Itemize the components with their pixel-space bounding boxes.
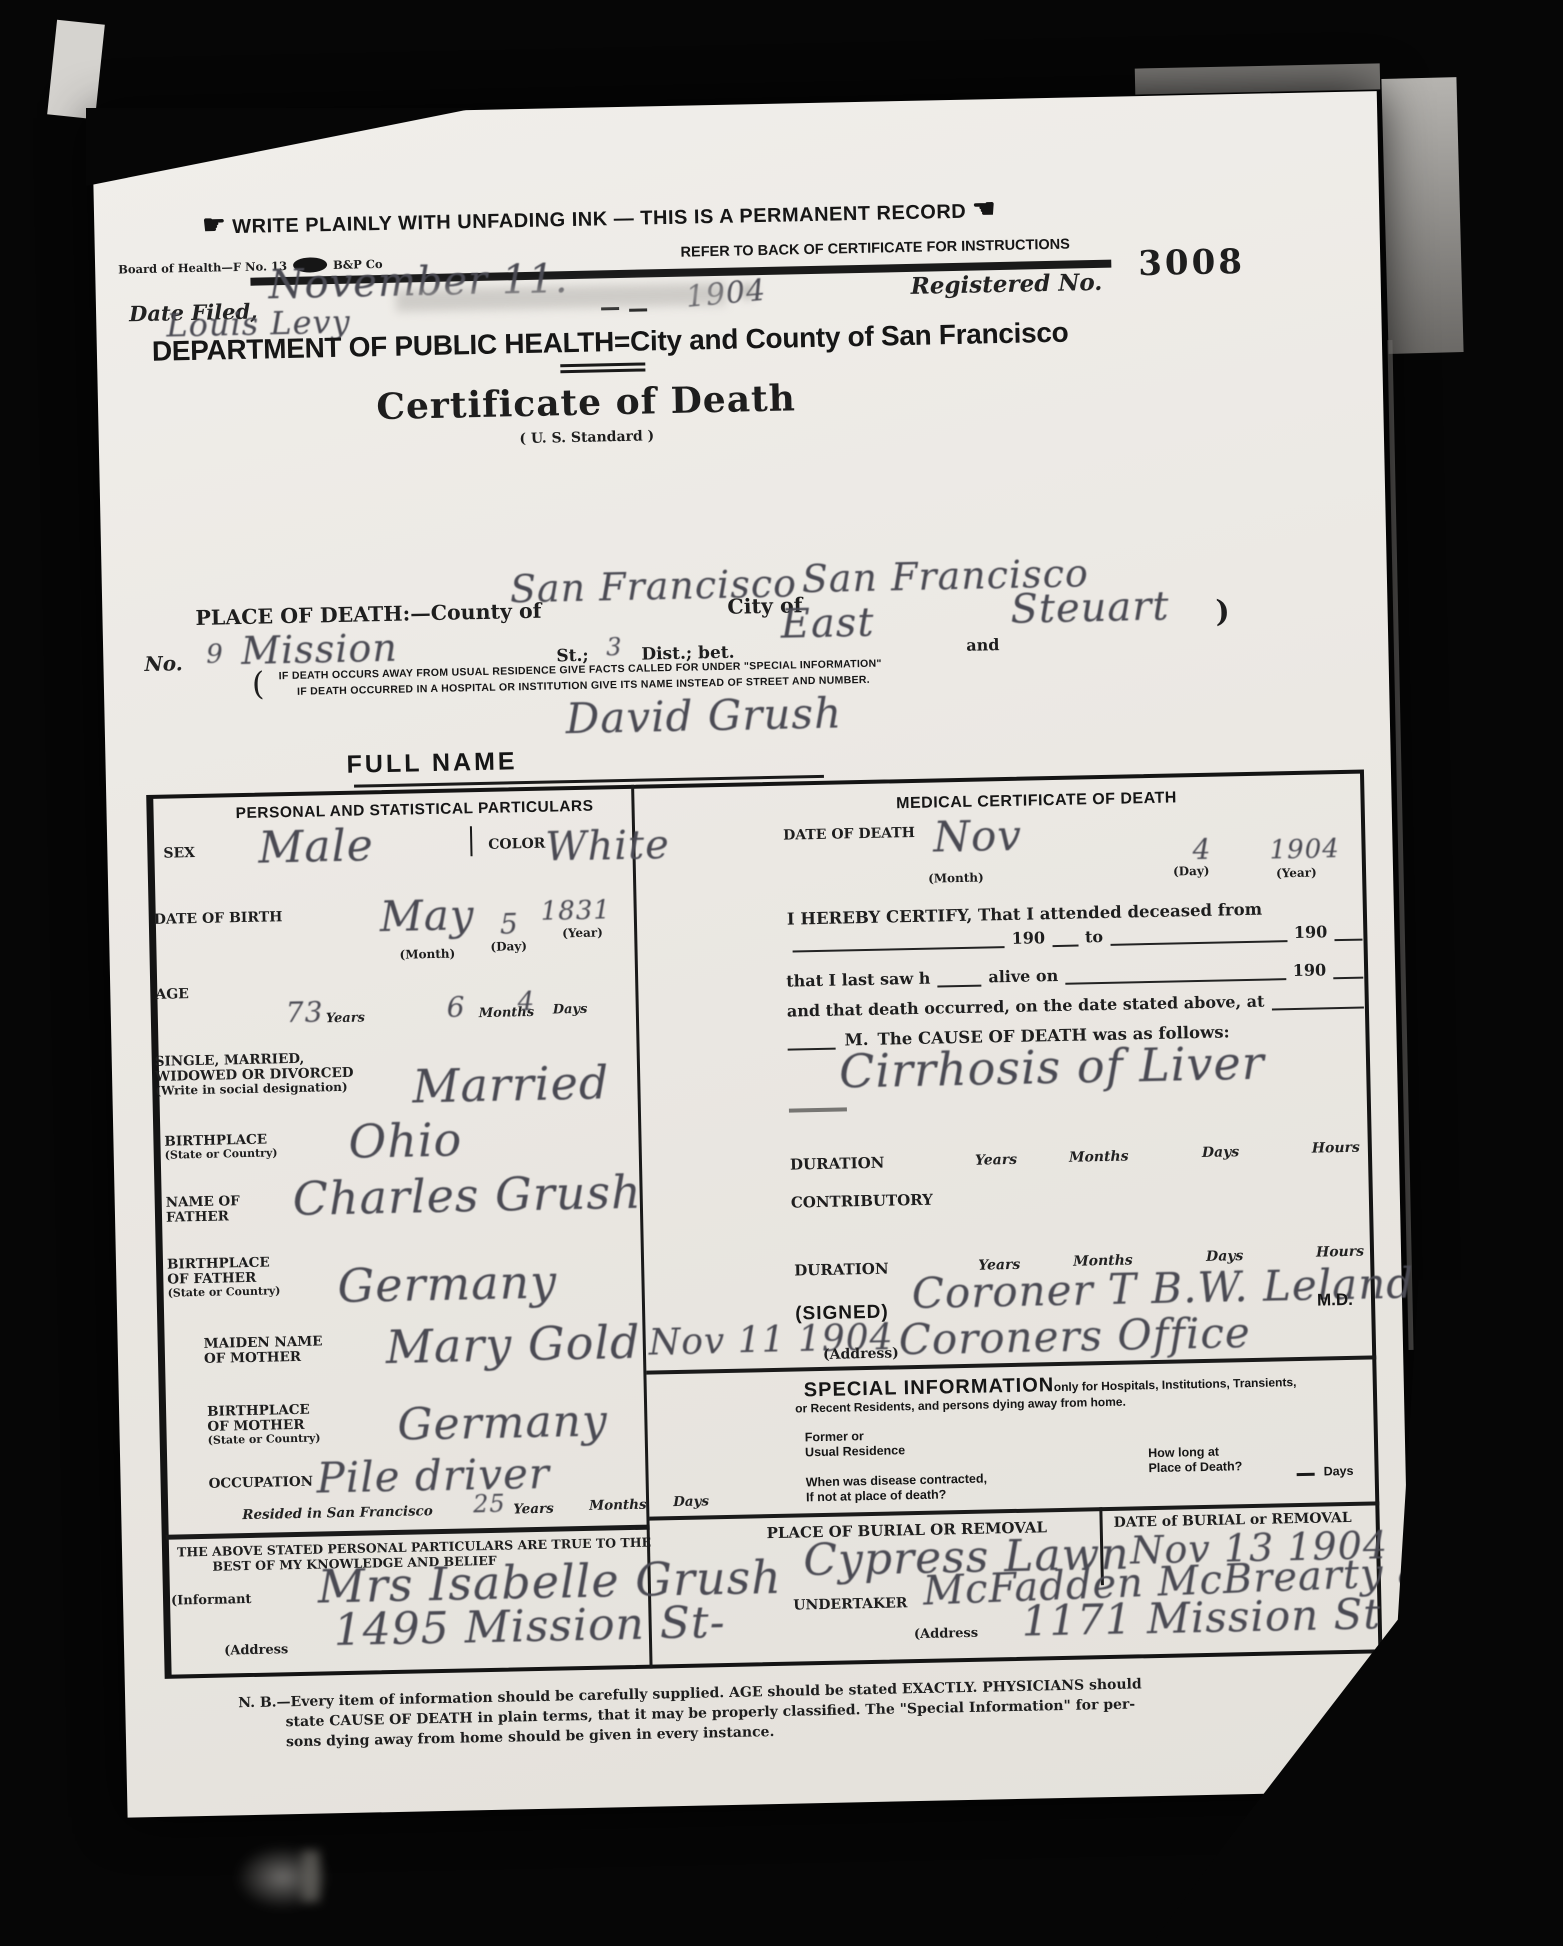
informant-address-label: (Address	[224, 1642, 288, 1658]
resided-years-value: 25	[473, 1490, 506, 1519]
dod-day-caption: (Day)	[1173, 864, 1210, 879]
sex-label: SEX	[163, 845, 195, 862]
dob-year-caption: (Year)	[562, 925, 603, 940]
blank-line	[937, 975, 981, 988]
certificate-title: Certificate of Death	[336, 376, 837, 428]
mother-name-label-2: OF MOTHER	[204, 1349, 301, 1367]
board-left-text: Board of Health—F No. 13	[118, 258, 287, 276]
dod-year-value: 1904	[1269, 834, 1340, 865]
refer-note: REFER TO BACK OF CERTIFICATE FOR INSTRUC…	[610, 237, 1070, 263]
md-label: M.D.	[1317, 1290, 1353, 1311]
signed-address-value: Coroners Office	[898, 1308, 1251, 1364]
father-name-value: Charles Grush	[292, 1165, 642, 1226]
dod-month-caption: (Month)	[928, 870, 984, 885]
closing-paren: )	[1215, 594, 1230, 629]
banner-text: WRITE PLAINLY WITH UNFADING INK — THIS I…	[232, 201, 966, 238]
mother-birthplace-caption: (State or Country)	[208, 1432, 321, 1447]
color-value: White	[545, 822, 670, 871]
dash	[601, 307, 619, 310]
resided-months-caption: Months	[589, 1497, 647, 1514]
sex-value: Male	[258, 820, 374, 873]
cause-of-death-value: Cirrhosis of Liver	[839, 1036, 1266, 1099]
place-of-death-label: PLACE OF DEATH:—County of	[195, 599, 541, 630]
age-label: AGE	[155, 986, 189, 1003]
occupation-label: OCCUPATION	[208, 1474, 313, 1492]
contributory-label: CONTRIBUTORY	[791, 1191, 933, 1212]
dob-month-caption: (Month)	[399, 947, 455, 962]
age-days-caption: Days	[553, 1002, 588, 1018]
disease-contracted-label-2: If not at place of death?	[806, 1487, 947, 1504]
informant-label: (Informant	[171, 1592, 252, 1609]
street-name-value: Mission	[241, 626, 398, 673]
dob-year-value: 1831	[540, 895, 611, 926]
undertaker-address-value: 1171 Mission St	[1021, 1589, 1382, 1646]
street-no-value: 9	[206, 639, 224, 669]
double-rule-top	[560, 362, 645, 367]
dod-label: DATE OF DEATH	[783, 825, 915, 844]
birthplace-caption: (State or Country)	[165, 1146, 278, 1161]
dod-year-caption: (Year)	[1276, 866, 1317, 881]
pointing-hand-icon: ☛	[202, 209, 226, 239]
age-months-value: 6	[446, 990, 466, 1023]
certificate-subtitle: ( U. S. Standard )	[337, 424, 837, 450]
printed-190: 190	[1294, 922, 1328, 942]
duration1-hours: Hours	[1312, 1140, 1360, 1157]
between-value: East	[780, 600, 875, 648]
father-birthplace-value: Germany	[337, 1255, 558, 1314]
former-residence-label-1: Former or	[805, 1429, 864, 1444]
blank-line	[787, 1038, 835, 1051]
father-birthplace-caption: (State or Country)	[167, 1284, 280, 1299]
printed-190: 190	[1293, 960, 1327, 980]
former-residence-label-2: Usual Residence	[805, 1443, 905, 1459]
how-long-label-2: Place of Death?	[1148, 1459, 1242, 1475]
street-no-label: No.	[144, 651, 183, 676]
how-long-days-word: Days	[1323, 1464, 1353, 1479]
to-word: to	[1085, 927, 1103, 946]
color-label: COLOR	[488, 836, 545, 853]
how-long-label-1: How long at	[1148, 1445, 1219, 1460]
occupation-value: Pile driver	[316, 1449, 550, 1503]
full-name-value: David Grush	[565, 688, 842, 743]
dob-day-value: 5	[500, 907, 520, 940]
page-stack-edge	[1381, 77, 1463, 354]
blank-line	[1271, 997, 1364, 1011]
duration2-hours: Hours	[1316, 1244, 1364, 1261]
age-years-value: 73	[285, 995, 323, 1029]
mother-birthplace-value: Germany	[397, 1395, 608, 1450]
dob-day-caption: (Day)	[490, 939, 527, 954]
age-days-value: 4	[517, 987, 535, 1017]
age-years-caption: Years	[326, 1010, 365, 1026]
dod-month-value: Nov	[933, 811, 1023, 862]
dist-value: 3	[606, 633, 623, 661]
blank-line	[1052, 935, 1078, 948]
full-name-label: FULL NAME	[346, 747, 518, 780]
certificate-paper: ☛ WRITE PLAINLY WITH UNFADING INK — THIS…	[92, 91, 1412, 1818]
resided-years-caption: Years	[513, 1501, 554, 1518]
bottom-smudge-small	[302, 1850, 320, 1902]
days-dash	[1297, 1473, 1315, 1476]
registered-no-label: Registered No.	[910, 269, 1102, 300]
duration-label-1: DURATION	[790, 1154, 885, 1174]
dash	[629, 308, 647, 311]
dod-day-value: 4	[1192, 833, 1212, 866]
banner: ☛ WRITE PLAINLY WITH UNFADING INK — THIS…	[149, 192, 1049, 242]
father-name-label-2: FATHER	[166, 1208, 229, 1225]
resided-days-caption: Days	[673, 1493, 709, 1510]
alive-on-text: alive on	[988, 966, 1058, 986]
page-stack-sliver	[1135, 63, 1380, 94]
blank-line	[1334, 929, 1362, 942]
birthplace-value: Ohio	[348, 1112, 463, 1168]
dob-label: DATE OF BIRTH	[154, 909, 283, 928]
duration1-years: Years	[975, 1152, 1017, 1169]
between2-value: Steuart	[1010, 584, 1170, 633]
paren-open-big: (	[251, 665, 264, 703]
duration-label-2: DURATION	[794, 1260, 889, 1280]
corner-sliver	[47, 20, 105, 119]
informant-address-value: 1495 Mission St-	[333, 1597, 726, 1656]
undertaker-address-label: (Address	[914, 1626, 978, 1642]
duration1-days: Days	[1202, 1144, 1240, 1161]
duration1-months: Months	[1069, 1149, 1129, 1166]
printed-190: 190	[1011, 928, 1045, 948]
signed-address-label: (Address)	[823, 1345, 899, 1363]
mother-name-value: Mary Gold	[385, 1315, 641, 1374]
pointing-hand-icon: ☚	[972, 193, 996, 223]
dob-month-value: May	[379, 890, 475, 941]
double-rule-bottom	[560, 368, 645, 373]
registered-no-value: 3008	[1138, 242, 1245, 284]
blank-line	[1333, 967, 1363, 980]
last-saw-text: that I last saw h	[786, 969, 931, 991]
marital-value: Married	[412, 1055, 610, 1113]
and-label: and	[966, 635, 1000, 655]
undertaker-label: UNDERTAKER	[793, 1595, 908, 1613]
